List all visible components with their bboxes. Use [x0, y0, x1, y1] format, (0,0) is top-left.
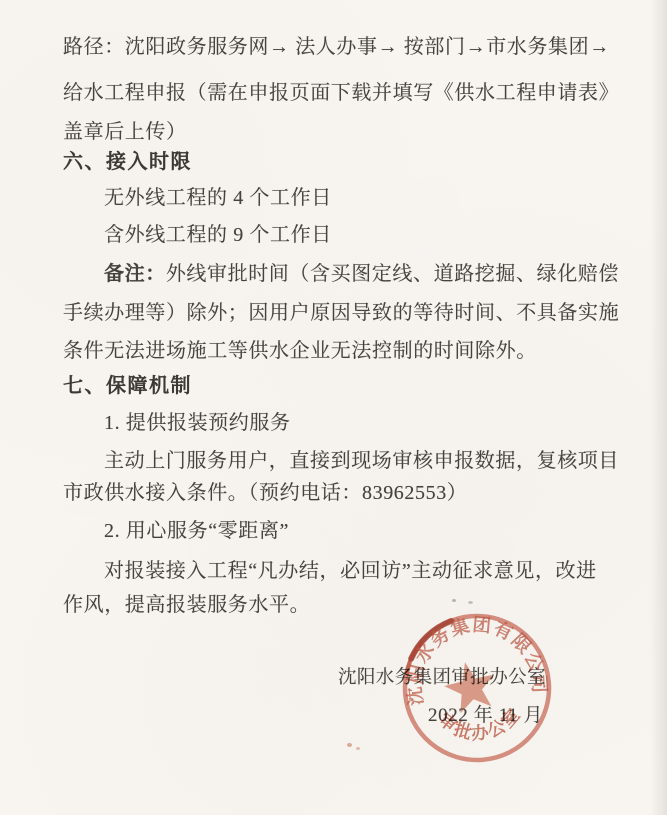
- path-line-1: 路径：沈阳政务服务网→ 法人办事→ 按部门→市水务集团→: [63, 33, 610, 61]
- pencil-speck: [468, 601, 473, 604]
- section-6-heading: 六、接入时限: [63, 148, 192, 176]
- note-label: 备注：: [104, 263, 166, 285]
- measure-2-title: 2. 用心服务“零距离”: [104, 517, 289, 545]
- note-line-3: 条件无法进场施工等供水企业无法控制的时间除外。: [63, 337, 537, 365]
- timeline-item-with-external: 含外线工程的 9 个工作日: [104, 221, 332, 249]
- scanned-document-page: 路径：沈阳政务服务网→ 法人办事→ 按部门→市水务集团→ 给水工程申报（需在申报…: [0, 0, 667, 815]
- seal-star-icon: [440, 656, 501, 715]
- note-line-1: 备注：外线审批时间（含买图定线、道路挖掘、绿化赔偿: [104, 260, 619, 288]
- section-7-heading: 七、保障机制: [63, 372, 192, 400]
- path-line-2: 给水工程申报（需在申报页面下载并填写《供水工程申请表》: [63, 79, 619, 107]
- svg-text:审批办公室: 审批办公室: [434, 702, 527, 746]
- note-text: 外线审批时间（含买图定线、道路挖掘、绿化赔偿: [166, 263, 619, 285]
- measure-1-title: 1. 提供报装预约服务: [104, 409, 291, 437]
- measure-2-line-2: 作风，提高报装服务水平。: [63, 591, 310, 619]
- timeline-item-no-external: 无外线工程的 4 个工作日: [104, 184, 332, 212]
- measure-1-line-2: 市政供水接入条件。（预约电话：83962553）: [63, 479, 467, 507]
- pencil-speck: [452, 599, 456, 602]
- ink-speck: [356, 747, 360, 750]
- official-seal: 沈阳水务集团有限公司 审批办公室: [385, 596, 569, 780]
- ink-speck: [347, 743, 352, 747]
- seal-office-arc-text: 审批办公室: [434, 702, 527, 746]
- measure-1-line-1: 主动上门服务用户，直接到现场审核申报数据，复核项目: [104, 447, 619, 475]
- note-line-2: 手续办理等）除外；因用户原因导致的等待时间、不具备实施: [63, 299, 619, 327]
- path-line-3: 盖章后上传）: [63, 118, 187, 146]
- measure-2-line-1: 对报装接入工程“凡办结，必回访”主动征求意见，改进: [104, 557, 597, 585]
